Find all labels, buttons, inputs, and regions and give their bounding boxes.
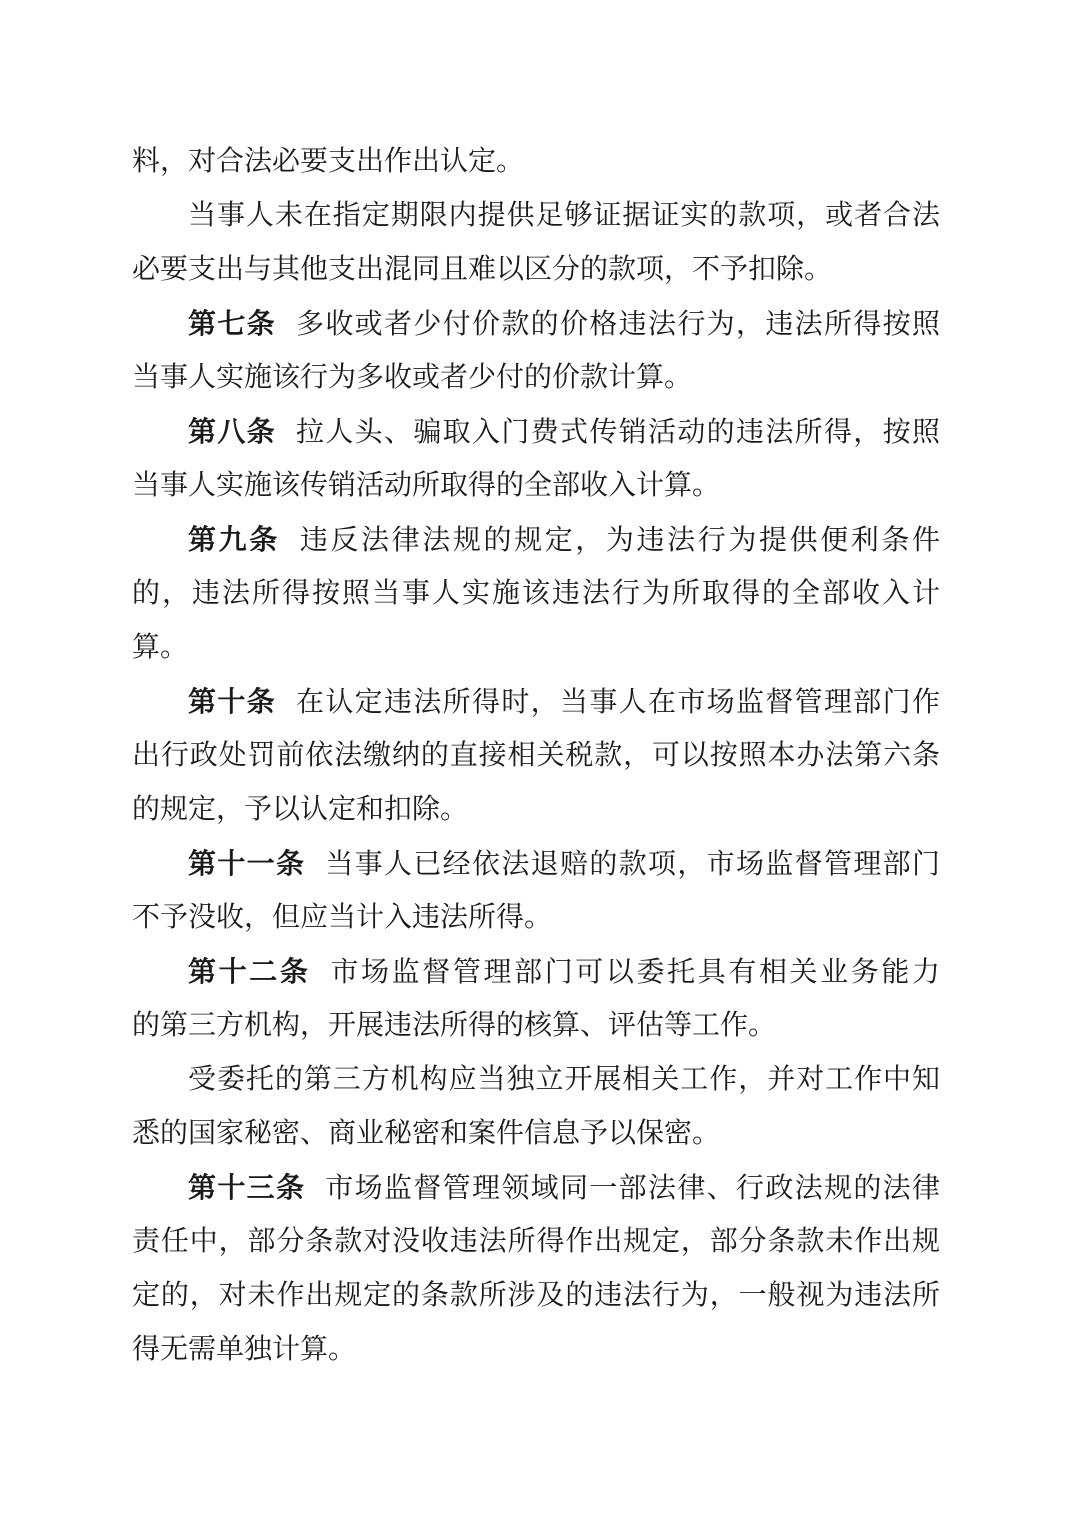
text-line: 算。 <box>132 621 940 675</box>
line-text: 的规定，予以认定和扣除。 <box>132 794 468 825</box>
line-text: 违反法律法规的规定，为违法行为提供便利条件 <box>300 525 940 556</box>
text-line: 受委托的第三方机构应当独立开展相关工作，并对工作中知 <box>132 1053 940 1107</box>
article-number: 第九条 <box>188 524 280 555</box>
line-text: 不予没收，但应当计入违法所得。 <box>132 902 552 933</box>
line-text: 当事人未在指定期限内提供足够证据证实的款项，或者合法 <box>188 200 940 231</box>
text-line: 当事人实施该行为多收或者少付的价款计算。 <box>132 351 940 405</box>
line-text: 定的，对未作出规定的条款所涉及的违法行为，一般视为违法所 <box>132 1280 940 1311</box>
line-text: 出行政处罚前依法缴纳的直接相关税款，可以按照本办法第六条 <box>132 740 940 771</box>
text-line: 第九条违反法律法规的规定，为违法行为提供便利条件 <box>132 513 940 567</box>
line-text: 当事人实施该行为多收或者少付的价款计算。 <box>132 362 692 393</box>
line-text: 市场监督管理领域同一部法律、行政法规的法律 <box>325 1173 940 1204</box>
article-number: 第十二条 <box>188 956 310 987</box>
line-text: 的第三方机构，开展违法所得的核算、评估等工作。 <box>132 1010 776 1041</box>
line-text: 当事人已经依法退赔的款项，市场监督管理部门 <box>325 849 940 880</box>
line-text: 悉的国家秘密、商业秘密和案件信息予以保密。 <box>132 1118 720 1149</box>
text-line: 不予没收，但应当计入违法所得。 <box>132 891 940 945</box>
document-lines: 料，对合法必要支出作出认定。当事人未在指定期限内提供足够证据证实的款项，或者合法… <box>132 135 940 1377</box>
line-text: 的，违法所得按照当事人实施该违法行为所取得的全部收入计 <box>132 578 940 609</box>
line-text: 当事人实施该传销活动所取得的全部收入计算。 <box>132 470 720 501</box>
text-line: 责任中，部分条款对没收违法所得作出规定，部分条款未作出规 <box>132 1215 940 1269</box>
article-number: 第八条 <box>188 416 276 447</box>
line-text: 多收或者少付价款的价格违法行为，违法所得按照 <box>296 309 940 340</box>
text-line: 第十二条市场监督管理部门可以委托具有相关业务能力 <box>132 945 940 999</box>
text-line: 第八条拉人头、骗取入门费式传销活动的违法所得，按照 <box>132 405 940 459</box>
text-line: 料，对合法必要支出作出认定。 <box>132 135 940 189</box>
text-line: 的第三方机构，开展违法所得的核算、评估等工作。 <box>132 999 940 1053</box>
line-text: 必要支出与其他支出混同且难以区分的款项，不予扣除。 <box>132 254 832 285</box>
text-line: 的，违法所得按照当事人实施该违法行为所取得的全部收入计 <box>132 567 940 621</box>
text-line: 悉的国家秘密、商业秘密和案件信息予以保密。 <box>132 1107 940 1161</box>
text-line: 得无需单独计算。 <box>132 1323 940 1377</box>
line-text: 拉人头、骗取入门费式传销活动的违法所得，按照 <box>296 417 940 448</box>
article-number: 第十三条 <box>188 1172 305 1203</box>
text-line: 当事人实施该传销活动所取得的全部收入计算。 <box>132 459 940 513</box>
text-line: 第十一条当事人已经依法退赔的款项，市场监督管理部门 <box>132 837 940 891</box>
text-line: 第十条在认定违法所得时，当事人在市场监督管理部门作 <box>132 675 940 729</box>
line-text: 算。 <box>132 632 188 663</box>
line-text: 受委托的第三方机构应当独立开展相关工作，并对工作中知 <box>188 1064 940 1095</box>
text-line: 第十三条市场监督管理领域同一部法律、行政法规的法律 <box>132 1161 940 1215</box>
document-page: 料，对合法必要支出作出认定。当事人未在指定期限内提供足够证据证实的款项，或者合法… <box>0 0 1080 1527</box>
line-text: 责任中，部分条款对没收违法所得作出规定，部分条款未作出规 <box>132 1226 940 1257</box>
text-line: 定的，对未作出规定的条款所涉及的违法行为，一般视为违法所 <box>132 1269 940 1323</box>
text-line: 当事人未在指定期限内提供足够证据证实的款项，或者合法 <box>132 189 940 243</box>
text-line: 出行政处罚前依法缴纳的直接相关税款，可以按照本办法第六条 <box>132 729 940 783</box>
article-number: 第七条 <box>188 308 276 339</box>
text-line: 第七条多收或者少付价款的价格违法行为，违法所得按照 <box>132 297 940 351</box>
line-text: 在认定违法所得时，当事人在市场监督管理部门作 <box>296 687 940 718</box>
text-line: 的规定，予以认定和扣除。 <box>132 783 940 837</box>
article-number: 第十一条 <box>188 848 305 879</box>
line-text: 料，对合法必要支出作出认定。 <box>132 146 524 177</box>
article-number: 第十条 <box>188 686 276 717</box>
text-line: 必要支出与其他支出混同且难以区分的款项，不予扣除。 <box>132 243 940 297</box>
line-text: 得无需单独计算。 <box>132 1334 356 1365</box>
line-text: 市场监督管理部门可以委托具有相关业务能力 <box>330 957 940 988</box>
